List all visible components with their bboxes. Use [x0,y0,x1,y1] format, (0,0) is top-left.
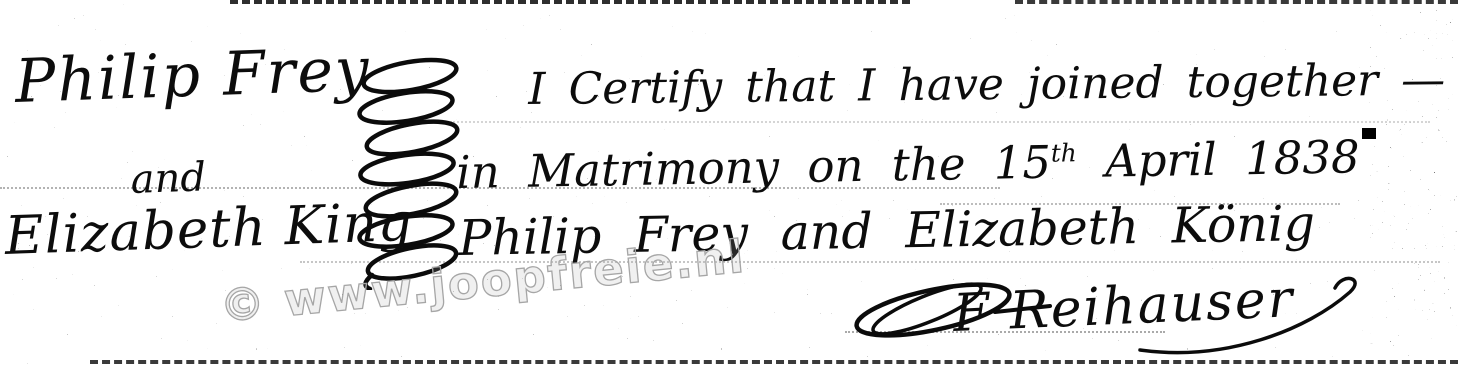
officiant-signature: F Reihauser [952,273,1295,340]
ruled-line-artifact [450,121,1430,123]
top-edge-scan-artifact [1015,0,1458,4]
groom-name: Philip Frey [14,40,372,112]
bride-name: Elizabeth King [4,196,414,263]
certify-line: I Certify that I have joined together — [528,58,1445,112]
matrimony-date-pre: in Matrimony on the 15 [456,136,1052,199]
top-edge-scan-artifact [230,0,910,4]
matrimony-date-post: April 1838 [1076,130,1360,188]
ink-blot [1362,128,1376,139]
scan-page: Philip Frey and Elizabeth King I Certify… [0,0,1458,365]
bottom-edge-scan-artifact [90,360,1458,364]
date-ordinal-suffix: th [1051,138,1077,167]
conjunction-text: and [130,157,207,200]
